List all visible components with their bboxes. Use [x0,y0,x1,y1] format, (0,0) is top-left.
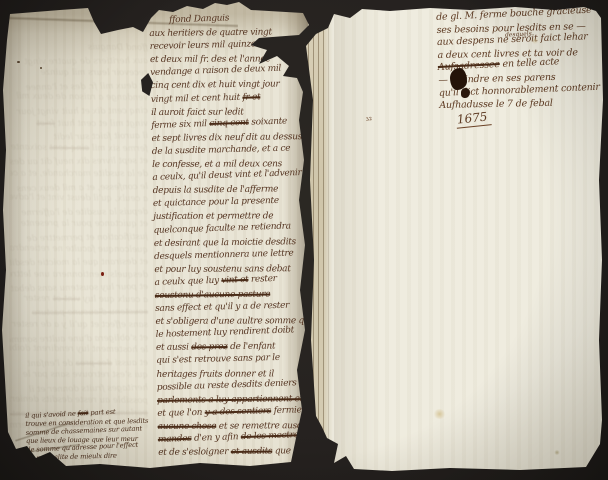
handwriting-line: le hostement luy rendirent doibt [10,343,148,357]
handwriting-line: qui s'est retrouve sans par le [156,351,326,368]
stain [554,450,560,455]
handwriting-line: ferme six mil cinq cent soixante [10,141,148,155]
handwriting-line: et de s'esloigner et ausdits que advenir [158,445,328,460]
bleedthrough-text: ffond Danguisaux heritiers de quatre vin… [10,42,148,430]
ink-speck [101,272,104,276]
left-page-main-text: ffond Danguisaux heritiers de quatre vin… [149,11,328,460]
handwriting-line: desquels mentionnera une lettre [10,268,148,281]
ink-speck [17,61,20,63]
handwriting-line: vingt mil et cent huit fr et [10,117,148,130]
date-1675: 1675 [455,109,491,129]
handwriting-line: ffond Danguis [10,42,148,55]
handwriting-line: sans effect et qu'il y a de rester [155,299,325,316]
interline-insertion: desquels [505,30,532,38]
handwriting-line: quelconque faculte ne retiendra [10,242,148,256]
gutter-crease-strip [303,8,334,474]
small-mark: ³² [365,116,373,126]
handwriting-line: recevoir leurs mil quinze [10,67,148,80]
manuscript-scan: de gl. M. ferme bouche gracieuseses beso… [0,0,608,480]
ink-speck [40,67,42,69]
handwriting-line: a ceulx, qu'il deust vint et l'advenir [10,191,148,205]
handwriting-line: recevoir leurs mil quinze [150,37,320,54]
handwriting-line: sans effect et qu'il y a de rester [10,319,148,332]
handwriting-line: possible au reste desdits deniers [10,393,148,407]
handwriting-line: a ceulx que luy vint et rester [10,292,148,306]
handwriting-line: qui s'est retrouve sans par le [10,369,148,382]
handwriting-line: vendange a raison de deux mil [10,91,148,105]
handwriting-line: de la susdite marchande, et a ce [10,167,148,180]
handwriting-line: Aufhadusse le 7 de febal [439,97,608,113]
margin-note: il qui s'avoid ne fait part esttrouve en… [25,407,167,462]
stain [531,37,539,44]
handwriting-line: et quictance pour la presente [153,194,323,211]
handwriting-line: de la susdite marchande, et a ce [152,142,322,159]
stain [433,409,446,419]
ink-blot [450,68,467,90]
handwriting-line: et quictance pour la presente [10,218,148,231]
